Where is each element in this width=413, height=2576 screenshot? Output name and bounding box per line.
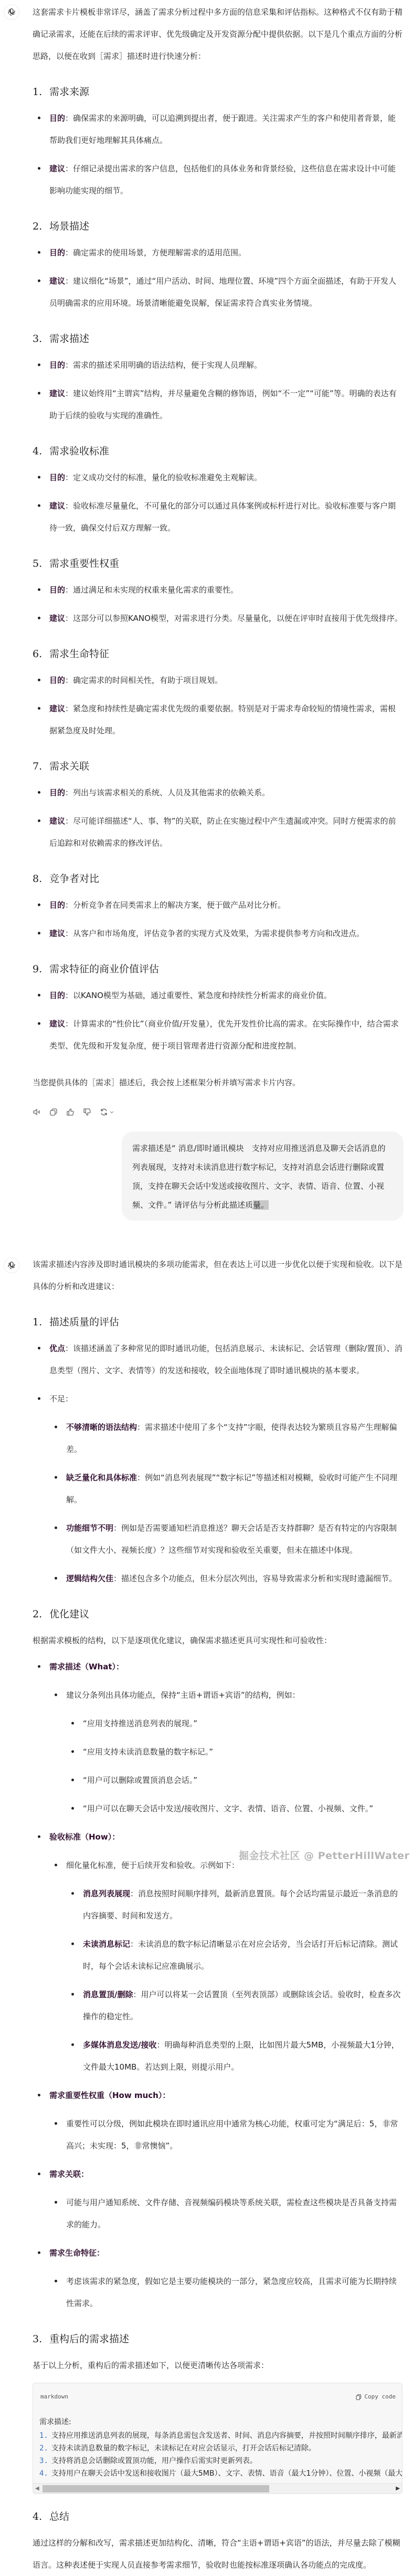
section-list: 目的：通过满足和未实现的权重来量化需求的重要性。建议：这部分可以参照KANO模型… [33,579,403,629]
list-item: 目的：需求的描述采用明确的语法结构，便于实现人员理解。 [33,354,403,376]
chevron-down-icon [109,1109,114,1115]
list-item: 建议：紧急度和持续性是确定需求优先级的重要依据。特别是对于需求寿命较短的情境性需… [33,698,403,742]
thumbs-up-icon [66,1108,75,1116]
acceptance-item: 消息列表展现：消息按照时间顺序排列，最新消息置顶。每个会话均需显示最近一条消息的… [66,1883,403,1927]
optimization-list: 需求描述（What）： 建议分条列出具体功能点，保持“主语+谓语+宾语”的结构，… [33,1656,403,2314]
message-actions [33,1104,403,1120]
assistant-message-1: 这套需求卡片模板非常详尽，涵盖了需求分析过程中多方面的信息采集和评估指标。这种格… [0,0,413,1120]
weight-item: 需求重要性权重（How much）： 重要性可以分级，例如此模块在即时通讯应用中… [33,2084,403,2157]
framework-sections: 1.需求来源目的：确保需求的来源明确，可以追溯到提出者，便于跟进。关注需求产生的… [33,81,403,1057]
section-heading-restructured: 3. 重构后的需求描述 [33,2328,403,2350]
acceptance-item: 未读消息标记：未读消息的数字标记清晰显示在对应会话旁，当会话打开后标记清除。测试… [66,1933,403,1977]
horizontal-scrollbar[interactable]: ◀ ▶ [33,2483,402,2494]
relation-item: 需求关联： 可能与用户通知系统、文件存储、音视频编码模块等系统关联，需检查这些模… [33,2163,403,2236]
section-heading-evaluation: 1. 描述质量的评估 [33,1311,403,1333]
example-item: “用户可以在聊天会话中发送/接收图片、文字、表情、语音、位置、小视频、文件。” [66,1798,403,1820]
copy-button[interactable] [49,1108,58,1116]
what-lead: 建议分条列出具体功能点，保持“主语+谓语+宾语”的结构，例如： “应用支持推送消… [49,1684,403,1820]
cons-item: 不足： 不够清晰的语法结构：需求描述中使用了多个“支持”字眼，使得表达较为繁琐且… [33,1388,403,1590]
thumbs-down-button[interactable] [83,1108,91,1116]
list-item: 建议：验收标准尽量量化，不可量化的部分可以通过具体案例或标杆进行对比。验收标准要… [33,495,403,539]
cons-subitem: 功能细节不明：例如是否需要通知栏消息推送？聊天会话是否支持群聊？是否有特定的内容… [49,1517,403,1561]
list-item: 目的：确定需求的使用场景，方便理解需求的适用范围。 [33,242,403,264]
user-message-bubble: 需求描述是“ 消息/即时通讯模块 支持对应用推送消息及聊天会话消息的列表展现，支… [122,1131,404,1221]
speaker-icon [33,1108,41,1116]
scroll-right-arrow-icon[interactable]: ▶ [396,2485,400,2492]
list-item: 建议：这部分可以参照KANO模型，对需求进行分类。尽量量化，以便在评审时直接用于… [33,607,403,629]
list-item: 建议：建议细化“场景”，通过“用户活动、时间、地理位置、环境”四个方面全面描述，… [33,270,403,314]
section-heading: 8.竞争者对比 [33,868,403,890]
what-item: 需求描述（What）： 建议分条列出具体功能点，保持“主语+谓语+宾语”的结构，… [33,1656,403,1820]
how-lead: 细化量化标准，便于后续开发和验收。示例如下： 消息列表展现：消息按照时间顺序排列… [49,1854,403,2078]
cons-subitem: 不够清晰的语法结构：需求描述中使用了多个“支持”字眼，使得表达较为繁琐且容易产生… [49,1416,403,1460]
list-item: 建议：计算需求的“性价比”（商业价值/开发量），优先开发性价比高的需求。在实际操… [33,1013,403,1057]
analysis-intro: 该需求描述内容涉及即时通讯模块的多项功能需求，但在表达上可以进一步优化以便于实现… [33,1253,403,1297]
how-items: 消息列表展现：消息按照时间顺序排列，最新消息置顶。每个会话均需显示最近一条消息的… [66,1883,403,2078]
code-line: 1.支持应用推送消息列表的展现，每条消息需包含发送者、时间、消息内容摘要，并按照… [39,2429,402,2442]
openai-logo-icon [7,7,16,17]
code-header: markdown Copy code [33,2383,402,2411]
lifecycle-item: 需求生命特征： 考虑该需求的紧急度，假如它是主要功能模块的一部分，紧急度应较高，… [33,2242,403,2314]
section-list: 目的：分析竞争者在同类需求上的解决方案，便于做产品对比分析。建议：从客户和市场角… [33,894,403,944]
scroll-left-arrow-icon[interactable]: ◀ [35,2485,39,2492]
cons-subitem: 缺乏量化和具体标准：例如“消息列表展现”“数字标记”等描述相对模糊，验收时可能产… [49,1467,403,1511]
pros-item: 优点：该描述涵盖了多种常见的即时通讯功能，包括消息展示、未读标记、会话管理（删除… [33,1337,403,1382]
section-list: 目的：确保需求的来源明确，可以追溯到提出者，便于跟进。关注需求产生的客户和使用者… [33,107,403,202]
copy-code-button[interactable]: Copy code [355,2386,396,2408]
section-heading: 1.需求来源 [33,81,403,103]
example-item: “用户可以删除或置顶消息会话。” [66,1769,403,1791]
read-aloud-button[interactable] [33,1108,41,1116]
evaluation-list: 优点：该描述涵盖了多种常见的即时通讯功能，包括消息展示、未读标记、会话管理（删除… [33,1337,403,1590]
section-list: 目的：定义成功交付的标准，量化的验收标准避免主观解读。建议：验收标准尽量量化，不… [33,466,403,539]
section-heading: 9.需求特征的商业价值评估 [33,958,403,980]
code-content: 需求描述: 1.支持应用推送消息列表的展现，每条消息需包含发送者、时间、消息内容… [33,2411,402,2483]
section-list: 目的：需求的描述采用明确的语法结构，便于实现人员理解。建议：建议始终用“主谓宾”… [33,354,403,427]
example-item: “应用支持未读消息数量的数字标记。” [66,1741,403,1763]
openai-logo-icon [7,1261,16,1270]
section-list: 目的：确定需求的使用场景，方便理解需求的适用范围。建议：建议细化“场景”，通过“… [33,242,403,314]
copy-icon [355,2394,362,2401]
regenerate-icon [100,1108,108,1116]
user-message-row: 需求描述是“ 消息/即时通讯模块 支持对应用推送消息及聊天会话消息的列表展现，支… [0,1131,413,1221]
section-heading-optimization: 2. 优化建议 [33,1603,403,1625]
list-item: 建议：仔细记录提出需求的客户信息，包括他们的具体业务和背景经验，这些信息在需求设… [33,158,403,202]
optimization-intro: 根据需求模板的结构，以下是逐项优化建议，确保需求描述更具可实现性和可验收性： [33,1629,403,1651]
list-item: 目的：定义成功交付的标准，量化的验收标准避免主观解读。 [33,466,403,489]
regenerate-button[interactable] [100,1108,114,1116]
list-item: 目的：分析竞争者在同类需求上的解决方案，便于做产品对比分析。 [33,894,403,916]
watermark: 掘金技术社区 @ PetterHillWater [239,1850,409,1862]
code-line: 4.支持用户在聊天会话中发送和接收图片（最大5MB）、文字、表情、语音（最大1分… [39,2467,402,2480]
outro-paragraph: 当您提供具体的［需求］描述后，我会按上述框架分析并填写需求卡片内容。 [33,1072,403,1094]
section-list: 目的：列出与该需求相关的系统、人员及其他需求的依赖关系。建议：尽可能详细描述“人… [33,782,403,854]
restructured-intro: 基于以上分析，重构后的需求描述如下，以便更清晰传达各项需求： [33,2354,403,2376]
example-item: “应用支持推送消息列表的展现。” [66,1712,403,1734]
cons-list: 不够清晰的语法结构：需求描述中使用了多个“支持”字眼，使得表达较为繁琐且容易产生… [49,1416,403,1590]
list-item: 建议：从客户和市场角度，评估竞争者的实现方式及效果，为需求提供参考方向和改进点。 [33,922,403,944]
section-heading: 4.需求验收标准 [33,440,403,462]
list-item: 目的：以KANO模型为基础，通过重要性、紧急度和持续性分析需求的商业价值。 [33,984,403,1006]
list-item: 建议：尽可能详细描述“人、事、物”的关联，防止在实施过程中产生遗漏或冲突。同时方… [33,810,403,854]
how-item: 验收标准（How）： 细化量化标准，便于后续开发和验收。示例如下： 消息列表展现… [33,1826,403,2078]
assistant-avatar [4,4,19,20]
section-heading: 3.需求描述 [33,328,403,350]
assistant-message-2: 该需求描述内容涉及即时通讯模块的多项功能需求，但在表达上可以进一步优化以便于实现… [0,1253,413,2576]
code-line: 3.支持将消息会话删除或置顶功能，用户操作后需实时更新列表。 [39,2455,402,2467]
code-language: markdown [40,2386,68,2408]
section-list: 目的：以KANO模型为基础，通过重要性、紧急度和持续性分析需求的商业价值。建议：… [33,984,403,1057]
summary-paragraph: 通过这样的分解和改写，需求描述更加结构化、清晰，符合“主语+谓语+宾语”的语法，… [33,2532,403,2576]
section-heading: 2.场景描述 [33,215,403,237]
list-item: 目的：通过满足和未实现的权重来量化需求的重要性。 [33,579,403,601]
assistant-avatar [4,1258,19,1273]
what-examples: “应用支持推送消息列表的展现。”“应用支持未读消息数量的数字标记。”“用户可以删… [66,1712,403,1820]
list-item: 目的：确保需求的来源明确，可以追溯到提出者，便于跟进。关注需求产生的客户和使用者… [33,107,403,151]
intro-paragraph: 这套需求卡片模板非常详尽，涵盖了需求分析过程中多方面的信息采集和评估指标。这种格… [33,1,403,67]
list-item: 建议：建议始终用“主谓宾”结构，并尽量避免含糊的修饰语，例如“不一定”“可能”等… [33,382,403,427]
thumbs-up-button[interactable] [66,1108,75,1116]
thumbs-down-icon [83,1108,91,1116]
code-line: 2.支持未读消息数量的数字标记，未读标记在对应会话显示，打开会话后标记清除。 [39,2442,402,2455]
section-heading-summary: 4. 总结 [33,2506,403,2528]
list-item: 目的：确定需求的时间相关性，有助于项目规划。 [33,669,403,691]
section-list: 目的：确定需求的时间相关性，有助于项目规划。建议：紧急度和持续性是确定需求优先级… [33,669,403,742]
acceptance-item: 消息置顶/删除：用户可以将某一会话置顶（至列表顶部）或删除该会话。验收时，检查多… [66,1983,403,2028]
section-heading: 7.需求关联 [33,755,403,777]
selected-text: 量。 [253,1200,269,1210]
section-heading: 6.需求生命特征 [33,643,403,665]
code-block: markdown Copy code 需求描述: 1.支持应用推送消息列表的展现… [33,2383,403,2494]
copy-icon [49,1108,58,1116]
acceptance-item: 多媒体消息发送/接收：明确每种消息类型的上限，比如图片最大5MB，小视频最大1分… [66,2034,403,2078]
cons-subitem: 逻辑结构欠佳：描述包含多个功能点，但未分层次列出，容易导致需求分析和实现时遗漏细… [49,1567,403,1590]
list-item: 目的：列出与该需求相关的系统、人员及其他需求的依赖关系。 [33,782,403,804]
scrollbar-thumb[interactable] [43,2485,269,2492]
section-heading: 5.需求重要性权重 [33,553,403,575]
